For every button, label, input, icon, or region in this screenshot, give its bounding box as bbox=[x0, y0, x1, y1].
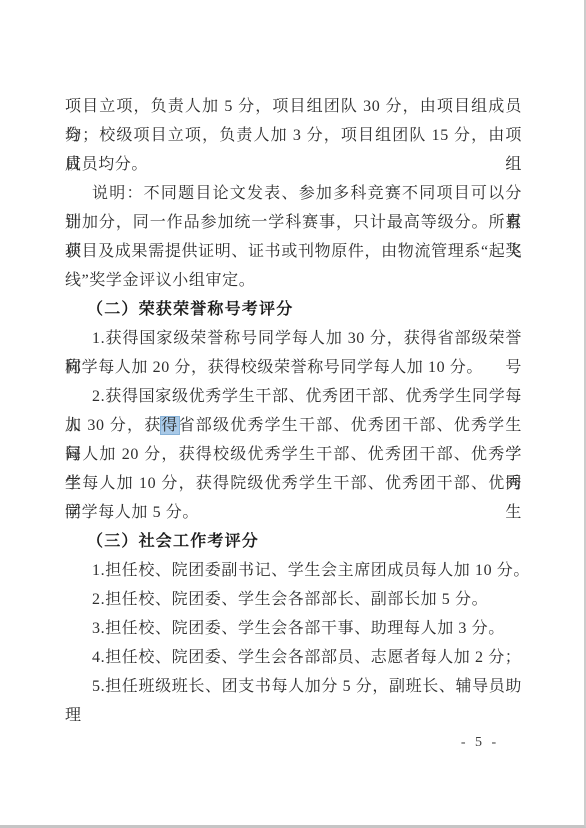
selected-character[interactable]: 得 bbox=[161, 417, 178, 434]
text-segment: 加 30 分，获 bbox=[65, 417, 161, 434]
text-line[interactable]: 4.担任校、院团委、学生会各部部员、志愿者每人加 2 分； bbox=[65, 643, 522, 672]
document-body[interactable]: 项目立项，负责人加 5 分，项目组团队 30 分，由项目组成员均分；校级项目立项… bbox=[65, 92, 522, 701]
text-line[interactable]: 1.担任校、院团委副书记、学生会主席团成员每人加 10 分。 bbox=[65, 556, 522, 585]
text-line[interactable]: 计加分，同一作品参加统一学科赛事，只计最高等级分。所有获奖 bbox=[65, 208, 522, 237]
text-line[interactable]: 说明：不同题目论文发表、参加多科竞赛不同项目可以分别累 bbox=[65, 179, 522, 208]
text-line[interactable]: 同学每人加 20 分，获得校级荣誉称号同学每人加 10 分。 bbox=[65, 353, 522, 382]
text-line[interactable]: 2.获得国家级优秀学生干部、优秀团干部、优秀学生同学每人 bbox=[65, 382, 522, 411]
section-heading[interactable]: （二）荣获荣誉称号考评分 bbox=[65, 295, 522, 324]
text-line[interactable]: 3.担任校、院团委、学生会各部干事、助理每人加 3 分。 bbox=[65, 614, 522, 643]
text-line[interactable]: 2.担任校、院团委、学生会各部部长、副部长加 5 分。 bbox=[65, 585, 522, 614]
text-line[interactable]: 每人加 20 分，获得校级优秀学生干部、优秀团干部、优秀学生同 bbox=[65, 440, 522, 469]
text-line[interactable]: 1.获得国家级荣誉称号同学每人加 30 分，获得省部级荣誉称号 bbox=[65, 324, 522, 353]
document-page: 项目立项，负责人加 5 分，项目组团队 30 分，由项目组成员均分；校级项目立项… bbox=[0, 0, 586, 828]
page-number: - 5 - bbox=[390, 733, 570, 753]
text-line[interactable]: 项目及成果需提供证明、证书或刊物原件，由物流管理系“起飞 bbox=[65, 237, 522, 266]
text-line[interactable]: 项目立项，负责人加 5 分，项目组团队 30 分，由项目组成员均 bbox=[65, 92, 522, 121]
section-heading[interactable]: （三）社会工作考评分 bbox=[65, 527, 522, 556]
text-line[interactable]: 加 30 分，获得省部级优秀学生干部、优秀团干部、优秀学生同学 bbox=[65, 411, 522, 440]
text-line[interactable]: 分；校级项目立项，负责人加 3 分，项目组团队 15 分，由项目组 bbox=[65, 121, 522, 150]
text-line[interactable]: 5.担任班级班长、团支书每人加分 5 分，副班长、辅导员助理 bbox=[65, 672, 522, 701]
text-line[interactable]: 学每人加 10 分，获得院级优秀学生干部、优秀团干部、优秀学生 bbox=[65, 469, 522, 498]
text-line[interactable]: 线”奖学金评议小组审定。 bbox=[65, 266, 522, 295]
